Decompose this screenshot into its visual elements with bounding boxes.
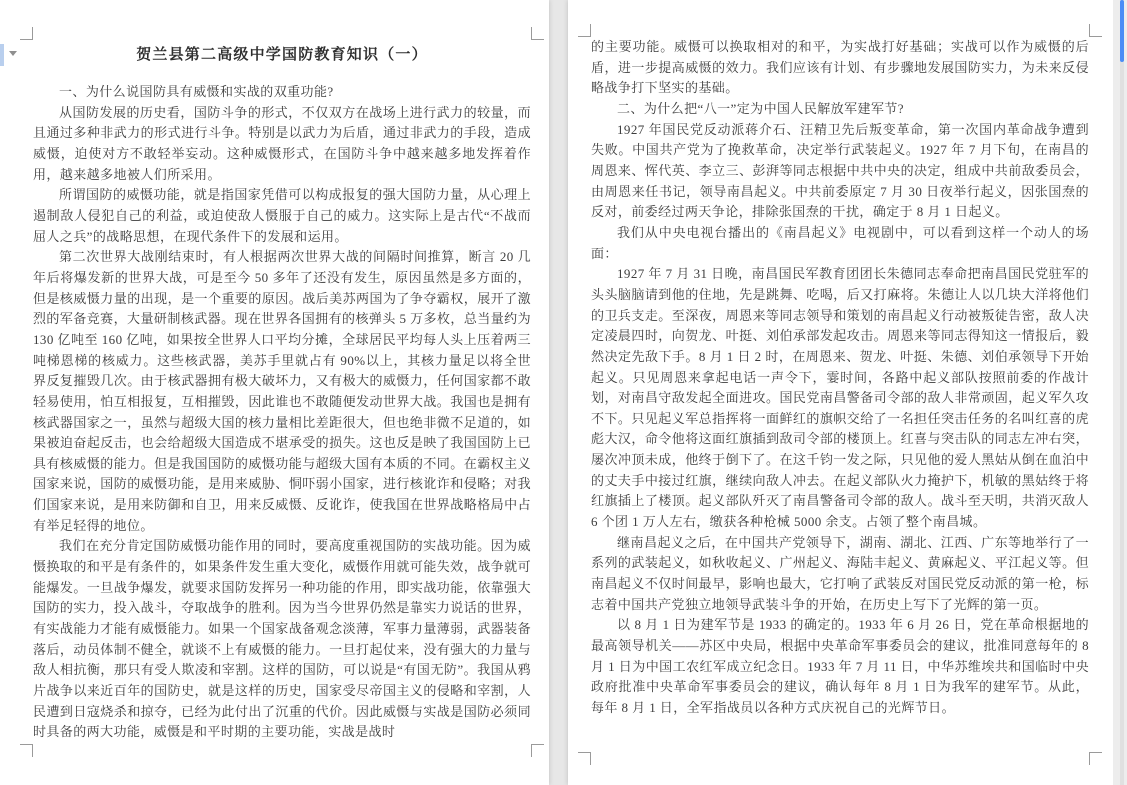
paragraph[interactable]: 的主要功能。威慑可以换取相对的和平，为实战打好基础；实战可以作为威慑的后盾，进一… xyxy=(591,37,1089,99)
paragraph[interactable]: 一、为什么说国防具有威慑和实战的双重功能? xyxy=(33,82,531,103)
document-page-1[interactable]: 贺兰县第二高级中学国防教育知识（一） 一、为什么说国防具有威慑和实战的双重功能?… xyxy=(0,0,549,785)
document-title[interactable]: 贺兰县第二高级中学国防教育知识（一） xyxy=(33,44,531,66)
paragraph[interactable]: 从国防发展的历史看，国防斗争的形式，不仅双方在战场上进行武力的较量，而且通过多种… xyxy=(33,103,531,186)
paragraph[interactable]: 1927 年 7 月 31 日晚，南昌国民军教育团团长朱德同志奉命把南昌国民党驻… xyxy=(591,264,1089,533)
paragraph[interactable]: 第二次世界大战刚结束时，有人根据两次世界大战的间隔时间推算，断言 20 几年后将… xyxy=(33,247,531,536)
text-boundary-mark xyxy=(1089,752,1102,765)
text-boundary-mark xyxy=(20,744,33,757)
paragraph[interactable]: 我们从中央电视台播出的《南昌起义》电视剧中，可以看到这样一个动人的场面： xyxy=(591,223,1089,264)
text-boundary-mark xyxy=(578,24,591,37)
page-1-text-area[interactable]: 贺兰县第二高级中学国防教育知识（一） 一、为什么说国防具有威慑和实战的双重功能?… xyxy=(33,0,531,743)
paragraph[interactable]: 1927 年国民党反动派蒋介石、汪精卫先后叛变革命，第一次国内革命战争遭到失败。… xyxy=(591,120,1089,223)
text-boundary-mark xyxy=(1089,24,1102,37)
vertical-scrollbar[interactable] xyxy=(1113,0,1127,785)
paragraph[interactable]: 二、为什么把“八一”定为中国人民解放军建军节? xyxy=(591,99,1089,120)
paragraph[interactable]: 继南昌起义之后，在中国共产党领导下，湖南、湖北、江西、广东等地举行了一系列的武装… xyxy=(591,533,1089,616)
text-boundary-mark xyxy=(20,27,33,40)
text-boundary-mark xyxy=(531,744,544,757)
side-anchor-marker[interactable] xyxy=(0,44,4,66)
paragraph[interactable]: 以 8 月 1 日为建军节是 1933 的确定的。1933 年 6 月 26 日… xyxy=(591,615,1089,718)
document-page-2[interactable]: 的主要功能。威慑可以换取相对的和平，为实战打好基础；实战可以作为威慑的后盾，进一… xyxy=(568,0,1113,785)
paragraph[interactable]: 所谓国防的威慑功能，就是指国家凭借可以构成报复的强大国防力量，从心理上遏制敌人侵… xyxy=(33,185,531,247)
text-boundary-mark xyxy=(578,752,591,765)
scrollbar-track[interactable] xyxy=(1120,0,1124,785)
text-boundary-mark xyxy=(531,27,544,40)
page-2-text-area[interactable]: 的主要功能。威慑可以换取相对的和平，为实战打好基础；实战可以作为威慑的后盾，进一… xyxy=(591,37,1089,719)
chevron-down-icon[interactable] xyxy=(9,51,17,56)
paragraph[interactable]: 我们在充分肯定国防威慑功能作用的同时，要高度重视国防的实战功能。因为威慑换取的和… xyxy=(33,536,531,743)
scrollbar-thumb[interactable] xyxy=(1120,0,1124,62)
